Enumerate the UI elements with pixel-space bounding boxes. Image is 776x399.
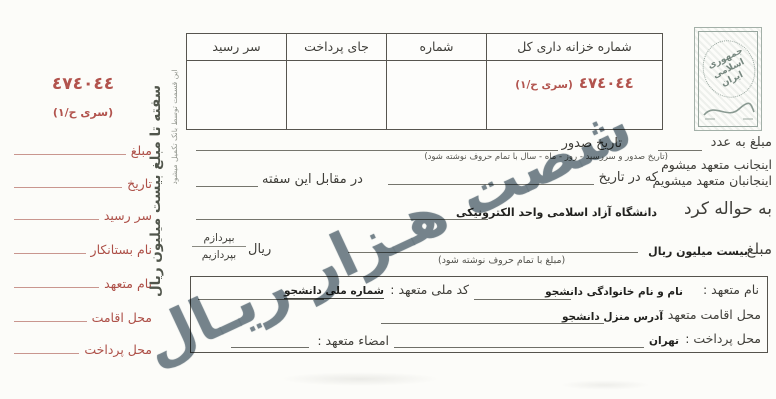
stub-row-due-date: سر رسید: [12, 203, 152, 223]
residence-value: آدرس منزل دانشجو: [562, 311, 663, 323]
blank-line: [196, 150, 558, 151]
blank-line: [14, 154, 126, 155]
blank-line: [14, 287, 99, 288]
vertical-limit-text: سفته تا مبلغ بیست میلیون ریال: [148, 25, 166, 357]
obligor-name-value: نام و نام خانوادگی دانشجو: [545, 286, 683, 298]
obligor-name-label: نام متعهد :: [703, 282, 759, 297]
on-date-label: که در تاریخ: [599, 170, 658, 185]
due-date-cell: [187, 61, 286, 129]
blank-line: [196, 219, 488, 220]
stub-row-amount: مبلغ: [12, 138, 152, 158]
stub-row-obligor: نام متعهد: [12, 271, 152, 291]
serial-number: ٤٧٤٠٤٤: [579, 74, 634, 92]
residence-label: محل اقامت متعهد :: [660, 307, 761, 322]
blank-line: [198, 299, 324, 300]
serial-series: (سری ح/۱): [515, 79, 573, 91]
national-id-label: کد ملی متعهد :: [390, 282, 469, 297]
issue-date-label: تاریخ صدور: [562, 136, 622, 151]
stamp-frame: جمهوری اسلامی ایران: [698, 31, 758, 127]
stub-label-payment-place: محل پرداخت: [84, 342, 152, 357]
pay-plural: بپردازیم: [192, 247, 246, 262]
to-order-label: به حواله کرد: [684, 199, 772, 219]
pay-singular: بپردازم: [192, 232, 246, 247]
stub-label-residence: محل اقامت: [92, 310, 152, 325]
blank-line: [14, 353, 79, 354]
undertake-plural: اینجانبان متعهد میشویم: [653, 173, 772, 189]
blank-line: [196, 186, 258, 187]
payment-place-column: جای پرداخت: [286, 34, 386, 129]
column-header-number: شماره: [387, 34, 486, 61]
stub-row-payment-place: محل پرداخت: [12, 337, 152, 357]
stub-series-label: (سری ح/۱): [28, 106, 138, 119]
payment-place-label: محل پرداخت :: [685, 331, 761, 346]
blank-line: [474, 299, 571, 300]
signature-label: امضاء متعهد :: [317, 333, 389, 348]
blank-line: [658, 150, 702, 151]
undertake-singular: اینجانب متعهد میشوم: [653, 157, 772, 173]
column-header-payment-place: جای پرداخت: [287, 34, 386, 61]
blank-line: [394, 347, 644, 348]
header-table: شماره خزانه داری کل ٤٧٤٠٤٤(سری ح/۱) شمار…: [186, 33, 663, 130]
payment-place-value: تهران: [649, 335, 679, 347]
amount-digits-label: مبلغ به عدد: [711, 135, 772, 150]
blank-line: [348, 252, 638, 253]
amount-value: بیست میلیون ریال: [648, 245, 748, 258]
vertical-bank-note: این قسمت توسط بانک تکمیل میشود: [170, 27, 182, 227]
stamp-flourish: [701, 100, 757, 122]
stub-row-creditor: نام بستانکار: [12, 237, 152, 257]
amount-words-note: (مبلغ با تمام حروف نوشته شود): [438, 255, 565, 266]
stub-label-obligor: نام متعهد: [104, 276, 152, 291]
rial-label: ریال: [248, 242, 271, 257]
promissory-note-document: ٤٧٤٠٤٤ (سری ح/۱) مبلغ تاریخ سر رسید نام …: [0, 0, 776, 399]
blank-line: [388, 184, 594, 185]
treasury-cell: ٤٧٤٠٤٤(سری ح/۱): [487, 61, 662, 129]
against-note-label: در مقابل این سفته: [262, 172, 363, 187]
stub-label-due-date: سر رسید: [104, 208, 152, 223]
treasury-column: شماره خزانه داری کل ٤٧٤٠٤٤(سری ح/۱): [486, 34, 662, 129]
stub-serial-number: ٤٧٤٠٤٤: [28, 74, 138, 94]
blank-line: [14, 187, 122, 188]
date-format-note: (تاریخ صدور و سررسید - روز - ماه - سال ب…: [424, 152, 668, 162]
national-id-value: شماره ملی دانشجو: [284, 285, 384, 299]
scan-artifact: [280, 372, 440, 386]
stamp-country-text: جمهوری اسلامی ایران: [695, 33, 762, 104]
amount-label: مبلغ: [746, 240, 772, 258]
column-header-treasury: شماره خزانه داری کل: [487, 34, 662, 61]
blank-line: [14, 219, 99, 220]
number-column: شماره: [386, 34, 486, 129]
pay-options: بپردازم بپردازیم: [192, 232, 246, 262]
blank-line: [14, 253, 86, 254]
blank-line: [231, 347, 309, 348]
obligor-details-box: نام متعهد : نام و نام خانوادگی دانشجو کد…: [190, 276, 768, 353]
stub-row-date: تاریخ: [12, 171, 152, 191]
payee-value: دانشگاه آزاد اسلامی واحد الکترونیکی: [456, 206, 657, 219]
number-cell: [387, 61, 486, 129]
blank-line: [381, 323, 604, 324]
stub-label-creditor: نام بستانکار: [91, 242, 152, 257]
revenue-stamp: جمهوری اسلامی ایران: [694, 27, 762, 131]
column-header-due-date: سر رسید: [187, 34, 286, 61]
due-date-column: سر رسید: [187, 34, 286, 129]
payment-place-cell: [287, 61, 386, 129]
blank-line: [14, 321, 87, 322]
stub-row-residence: محل اقامت: [12, 305, 152, 325]
undertaking-stack: اینجانب متعهد میشوم اینجانبان متعهد میشو…: [653, 157, 772, 189]
scan-artifact: [560, 380, 650, 390]
table-serial: ٤٧٤٠٤٤(سری ح/۱): [487, 73, 662, 92]
